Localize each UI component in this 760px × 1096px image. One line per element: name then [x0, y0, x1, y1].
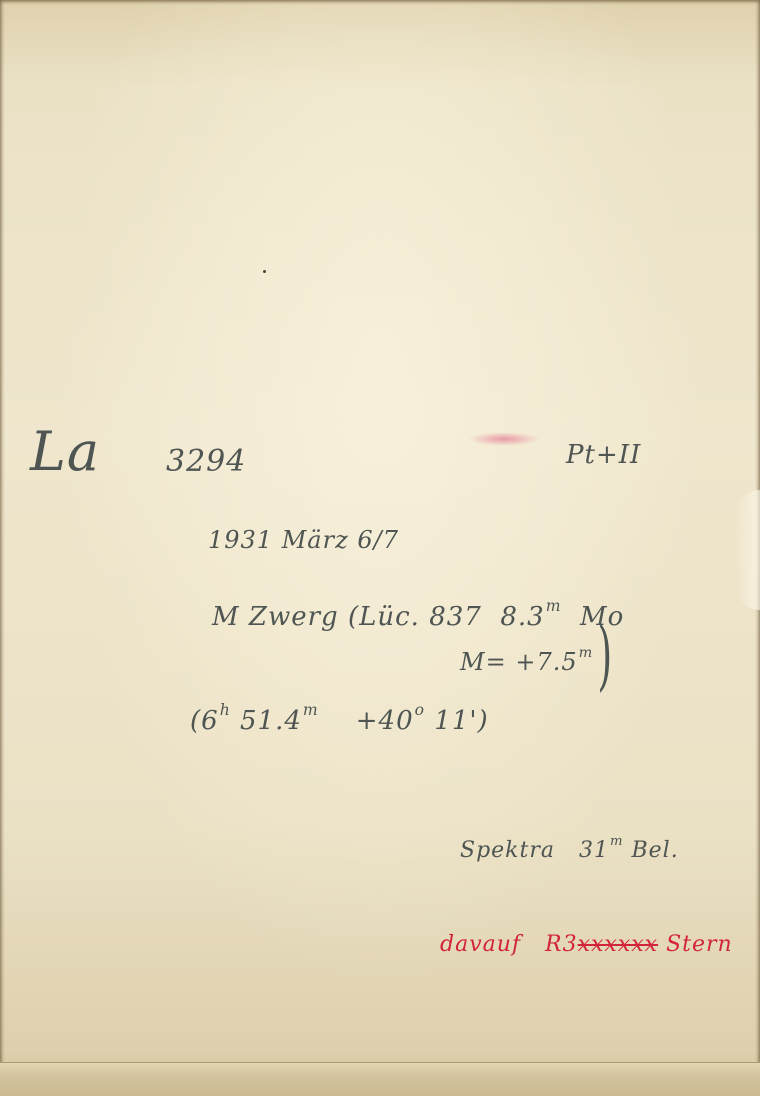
observation-date: 1931 März 6/7	[208, 526, 399, 554]
document-page: La 3294 Pt+II 1931 März 6/7 M Zwerg (Lüc…	[0, 0, 760, 1096]
exposure-label: Spektra	[460, 838, 555, 863]
red-prefix: davauf	[440, 932, 521, 957]
abs-mag-value: +7.5	[515, 648, 577, 676]
red-ink-smudge	[468, 432, 540, 446]
exposure-line: Spektra 31m Bel.	[460, 838, 679, 863]
ra-minutes-unit: m	[303, 701, 319, 719]
paper-speck	[263, 270, 266, 273]
red-struck-text: xxxxxx	[578, 932, 658, 957]
dec-degrees: +40	[356, 706, 414, 736]
object-name: M Zwerg	[212, 602, 339, 632]
coordinates: (6h 51.4m +40o 11')	[190, 706, 489, 736]
exposure-duration: 31	[579, 838, 609, 863]
abs-mag-unit: m	[579, 645, 594, 661]
red-annotation: davauf R3xxxxxx Stern	[440, 932, 733, 957]
ra-hours-unit: h	[220, 701, 231, 719]
catalog-number: 3294	[166, 444, 246, 479]
catalog-ref: Lüc. 837	[359, 602, 482, 632]
exposure-unit: m	[610, 834, 624, 849]
closing-brace: )	[597, 610, 612, 699]
abs-magnitude: M= +7.5m	[460, 648, 593, 676]
ra-minutes: 51.4	[240, 706, 302, 736]
coord-close-paren: )	[478, 706, 489, 736]
envelope-flap	[0, 1062, 760, 1096]
exposure-note: Bel.	[631, 838, 678, 863]
ra-hours: 6	[201, 706, 219, 736]
dec-minutes: 11'	[434, 706, 477, 736]
object-line: M Zwerg (Lüc. 837 8.3m Mo	[212, 602, 624, 632]
open-paren: (	[348, 602, 359, 632]
dec-degrees-unit: o	[415, 701, 425, 719]
red-suffix: Stern	[666, 932, 733, 957]
magnitude-unit: m	[546, 597, 562, 615]
abs-mag-label: M=	[460, 648, 507, 676]
coord-open-paren: (	[190, 706, 201, 736]
red-code: R3	[545, 932, 578, 957]
catalog-prefix: La	[30, 420, 100, 483]
plate-note: Pt+II	[566, 440, 641, 470]
paper-fold-edge	[736, 490, 760, 610]
magnitude: 8.3	[500, 602, 544, 632]
